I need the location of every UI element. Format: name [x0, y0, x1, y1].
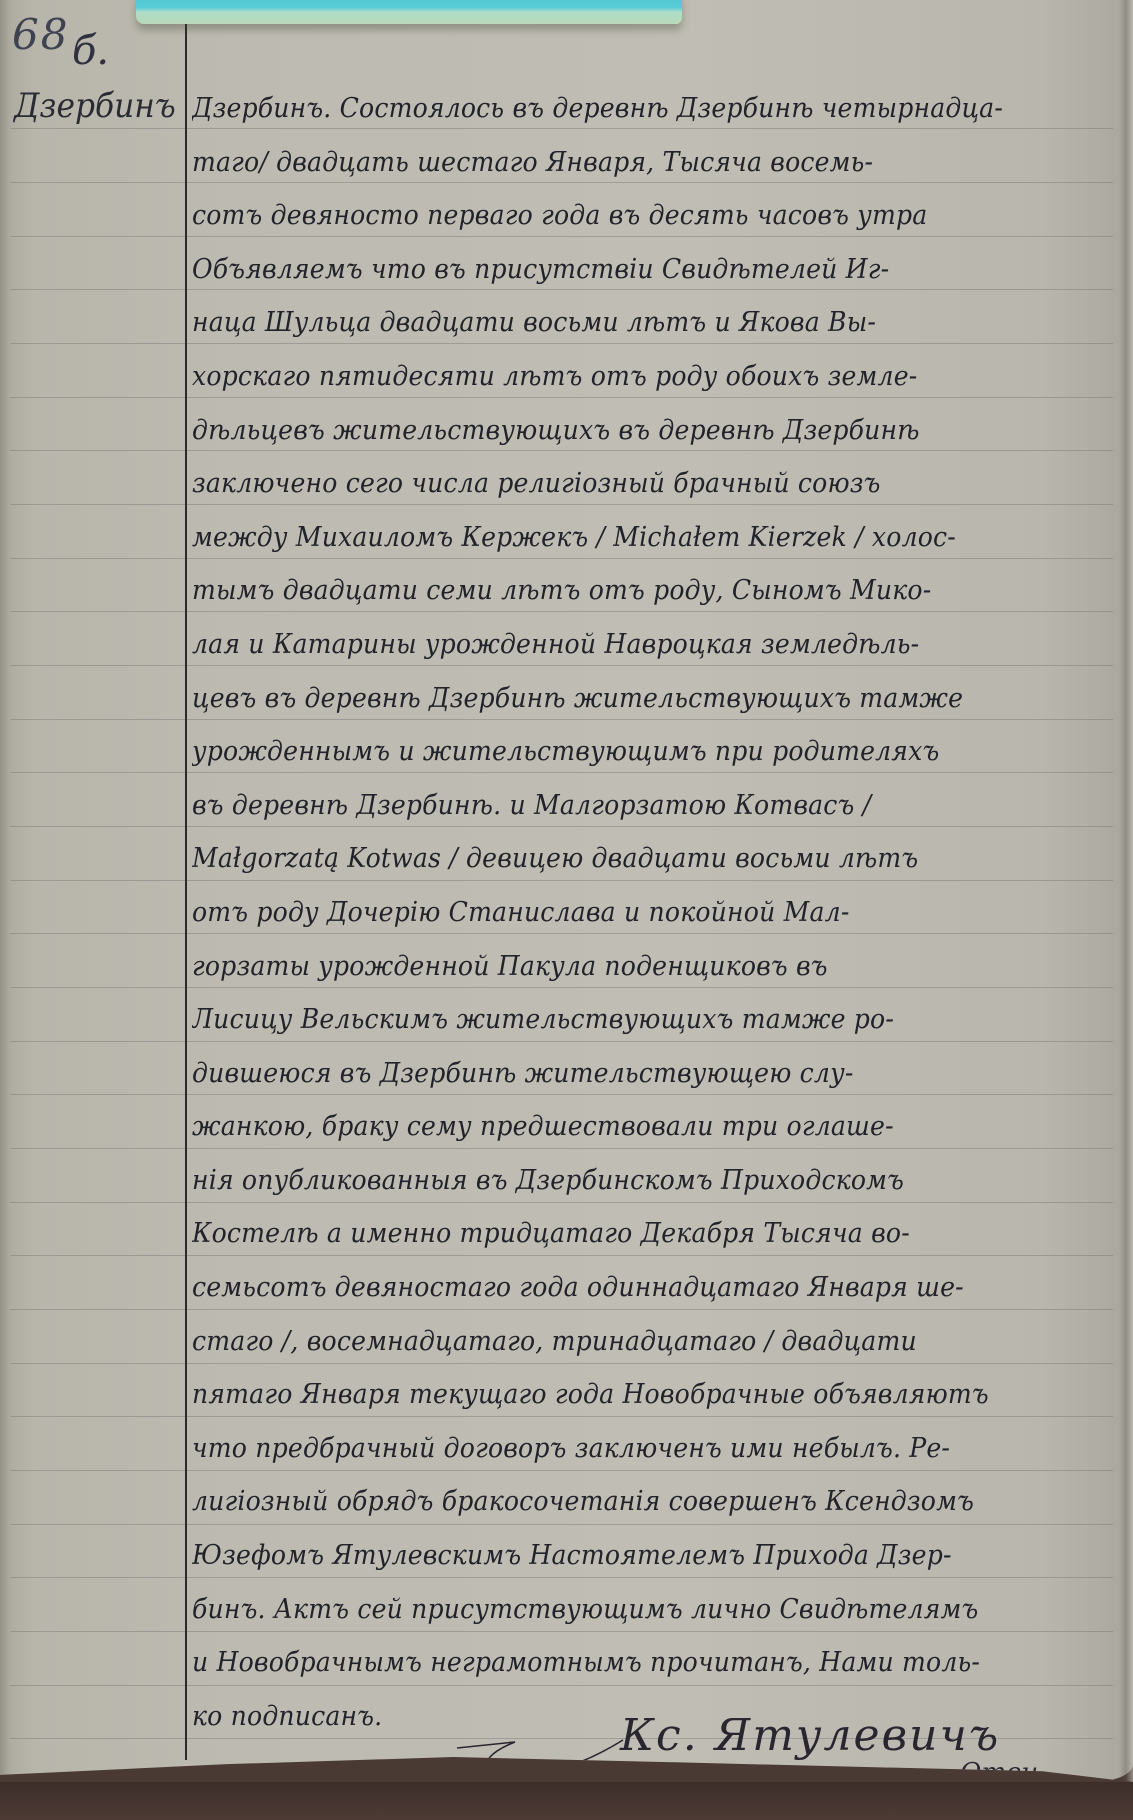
bookmark-tab [136, 0, 682, 24]
text-line: урожденнымъ и жительствующимъ при родите… [192, 725, 1038, 779]
text-line: что предбрачный договоръ заключенъ ими н… [192, 1422, 1038, 1476]
text-line: отъ роду Дочерію Станислава и покойной М… [192, 886, 1038, 940]
page-left-edge [0, 0, 10, 1782]
page-right-edge [1119, 0, 1133, 1782]
text-line: сотъ девяносто первагo года въ десять ча… [192, 189, 1038, 243]
folio-number: 68 [12, 10, 69, 59]
text-line: лигіозный обрядъ бракосочетанія совершен… [192, 1475, 1038, 1529]
record-body: Дзербинъ. Состоялось въ деревнѣ Дзербинѣ… [192, 82, 1102, 1743]
text-line: между Михаиломъ Кержекъ / Michałem Kierz… [192, 511, 1038, 565]
book-shadow [0, 1782, 1133, 1820]
text-line: Объявляемъ что въ присутствіи Свидѣтелей… [192, 243, 1038, 297]
text-line: Дзербинъ. Состоялось въ деревнѣ Дзербинѣ… [192, 82, 1038, 136]
text-line: заключено сего числа религіозный брачный… [192, 457, 1038, 511]
text-line: лая и Катарины урожденной Навроцкая земл… [192, 618, 1038, 672]
margin-rule [185, 10, 187, 1760]
text-line: жанкою, браку сему предшествовали три ог… [192, 1100, 1038, 1154]
text-line: стаго /, восемнадцатаго, тринадцатаго / … [192, 1315, 1038, 1369]
text-line: семьсотъ девяностаго года одиннадцатаго … [192, 1261, 1038, 1315]
text-line: тымъ двадцати семи лѣтъ отъ роду, Сыномъ… [192, 564, 1038, 618]
signature-flourish-icon [455, 1720, 625, 1790]
text-line: цевъ въ деревнѣ Дзербинѣ жительствующихъ… [192, 672, 1038, 726]
text-line: дѣльцевъ жительствующихъ въ деревнѣ Дзер… [192, 404, 1038, 458]
signature-name: Кс. Ятулевичъ [620, 1710, 1000, 1761]
text-line: Юзефомъ Ятулевскимъ Настоятелемъ Прихода… [192, 1529, 1038, 1583]
text-line: Лисицу Вельскимъ жительствующихъ тамже р… [192, 993, 1038, 1047]
register-page: 68 б. Дзербинъ. Состоялось въ деревнѣ Дз… [0, 0, 1133, 1782]
text-line: наца Шульца двадцати восьми лѣтъ и Якова… [192, 296, 1038, 350]
text-line: Małgorzatą Kotwas / девицею двадцати вос… [192, 832, 1038, 886]
text-line: въ деревнѣ Дзербинѣ. и Малгорзатою Котва… [192, 779, 1038, 833]
text-line: и Новобрачнымъ неграмотнымъ прочитанъ, Н… [192, 1636, 1038, 1690]
text-line: нія опубликованныя въ Дзербинскомъ Прихо… [192, 1154, 1038, 1208]
text-line: бинъ. Актъ сей присутствующимъ лично Сви… [192, 1583, 1038, 1637]
text-line: горзаты урожденной Пакула поденщиковъ въ [192, 940, 1038, 994]
margin-place-name: Дзербинъ [14, 86, 176, 126]
text-line: Костелѣ а именно тридцатаго Декабря Тыся… [192, 1207, 1038, 1261]
text-line: дившеюся въ Дзербинѣ жительствующею слу- [192, 1047, 1038, 1101]
text-line: пятаго Января текущаго года Новобрачные … [192, 1368, 1038, 1422]
record-number: б. [72, 28, 109, 74]
text-line: хорскаго пятидесяти лѣтъ отъ роду обоихъ… [192, 350, 1038, 404]
text-line: таго/ двадцать шестаго Января, Тысяча во… [192, 136, 1038, 190]
